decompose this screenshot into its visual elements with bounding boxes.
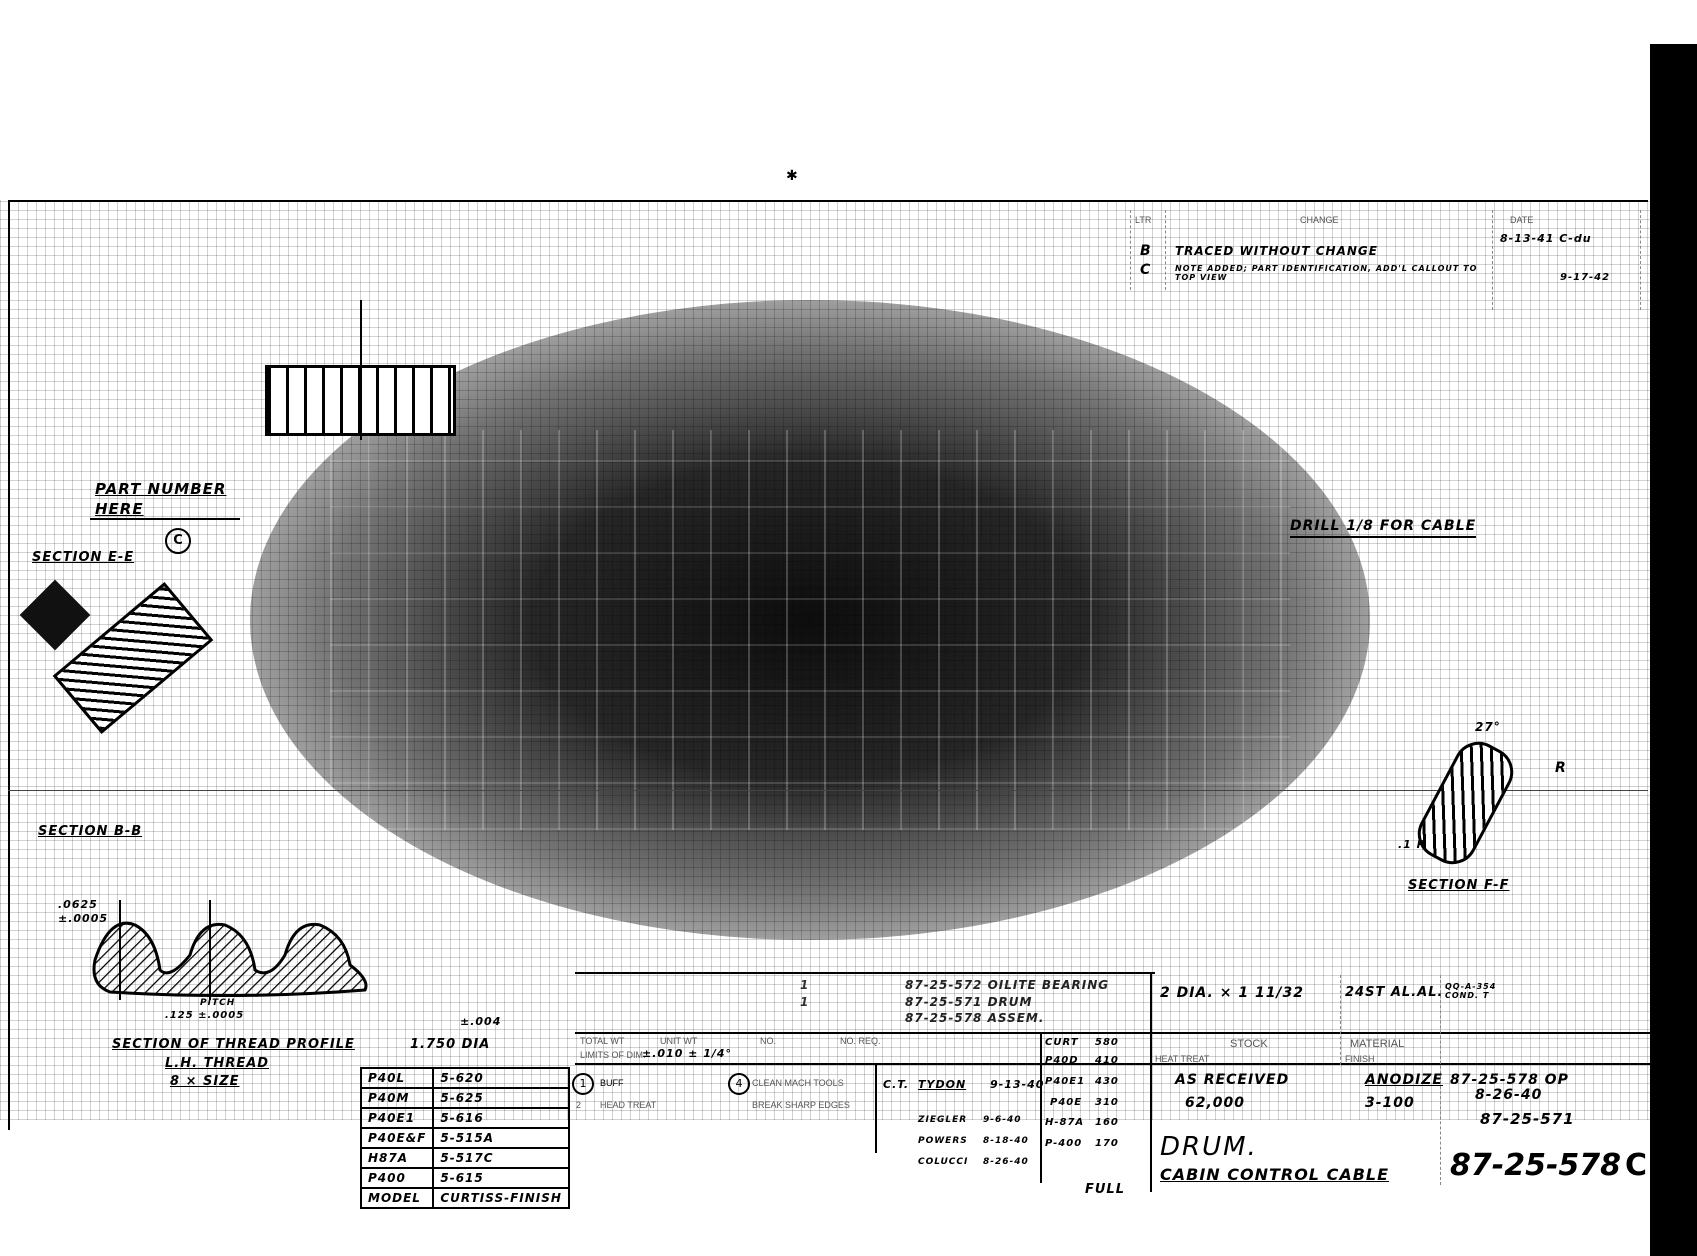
stock-size: 2 DIA. × 1 11/32 xyxy=(1160,985,1304,1001)
rev-b-letter: B xyxy=(1140,243,1152,259)
part-number-label-2: HERE xyxy=(95,500,144,518)
mid-grid-line xyxy=(8,790,1648,791)
finish-value: ANODIZE xyxy=(1365,1072,1443,1088)
table-row: MODELCURTISS-FINISH xyxy=(361,1188,569,1208)
rev-c-change: NOTE ADDED; PART IDENTIFICATION, ADD'L C… xyxy=(1175,264,1485,282)
section-ff-angle: 27° xyxy=(1475,720,1501,734)
dim-pitch-label: PITCH xyxy=(200,998,235,1008)
thread-profile-sub1: L.H. THREAD xyxy=(165,1056,269,1071)
section-ee-label: SECTION E-E xyxy=(32,550,134,565)
section-ff-radius: R xyxy=(1555,760,1567,776)
scan-mark: ✱ xyxy=(786,168,799,184)
signature-date: 8-26-40 xyxy=(983,1157,1029,1167)
section-ff-radius-2: .1 R xyxy=(1398,838,1426,851)
parts-list-item: 87-25-571 DRUM xyxy=(905,995,1032,1009)
sheet-top-border xyxy=(8,200,1648,202)
dim-dia: 1.750 DIA xyxy=(410,1037,490,1052)
table-row: P40M5-625 xyxy=(361,1088,569,1108)
table-row: P40E15-616 xyxy=(361,1108,569,1128)
heat-treat-value: AS RECEIVED xyxy=(1175,1072,1289,1088)
table-row: P40L5-620 xyxy=(361,1068,569,1088)
center-line xyxy=(360,300,362,440)
table-row: P40E&F5-515A xyxy=(361,1128,569,1148)
tensile-strength: 62,000 xyxy=(1185,1095,1245,1111)
signature-name: TYDON xyxy=(918,1078,966,1091)
model-table: P40L5-620 P40M5-625 P40E15-616 P40E&F5-5… xyxy=(360,1067,570,1209)
rev-header-change: CHANGE xyxy=(1300,215,1339,225)
parts-list-item: 87-25-572 OILITE BEARING xyxy=(905,978,1109,992)
heat-treat-label: HEAT TREAT xyxy=(1155,1054,1209,1064)
signature-name: POWERS xyxy=(918,1136,968,1146)
table-row: H87A5-517C xyxy=(361,1148,569,1168)
drawing-revision: C xyxy=(1625,1148,1647,1183)
section-ff-label: SECTION F-F xyxy=(1408,878,1509,893)
rev-c-letter: C xyxy=(1140,262,1151,278)
material-value: 24ST AL.AL. xyxy=(1345,985,1443,1000)
material-label: MATERIAL xyxy=(1350,1038,1404,1050)
finish-spec: 3-100 xyxy=(1365,1095,1415,1111)
signature-date: 9-6-40 xyxy=(983,1115,1022,1125)
limits-value: ±.010 ± 1/4° xyxy=(642,1047,732,1060)
used-on-date: 8-26-40 xyxy=(1475,1087,1542,1103)
rev-b-date: 8-13-41 C-du xyxy=(1500,232,1592,245)
drum-drawing-detail xyxy=(330,430,1290,830)
drawing-subtitle: CABIN CONTROL CABLE xyxy=(1160,1165,1389,1184)
signature-name: COLUCCI xyxy=(918,1157,968,1167)
thread-profile-title: SECTION OF THREAD PROFILE xyxy=(112,1037,355,1052)
sheet-left-border xyxy=(8,200,10,1130)
scan-edge xyxy=(1650,44,1697,1256)
part-number-label: PART NUMBER xyxy=(95,480,226,498)
section-bb-label: SECTION B-B xyxy=(38,824,142,839)
part-number-marker: C xyxy=(165,528,191,554)
signature-date: 9-13-40 xyxy=(990,1078,1044,1091)
signature-name: ZIEGLER xyxy=(918,1115,967,1125)
limits-label: LIMITS OF DIM. xyxy=(580,1050,646,1060)
drill-cable-note: DRILL 1/8 FOR CABLE xyxy=(1290,518,1476,538)
used-on-2: 87-25-571 xyxy=(1480,1110,1575,1128)
used-on-1: 87-25-578 OP xyxy=(1450,1072,1569,1088)
parts-list-item: 87-25-578 ASSEM. xyxy=(905,1011,1044,1025)
rev-b-change: TRACED WITHOUT CHANGE xyxy=(1175,244,1378,258)
drawing-title: DRUM. xyxy=(1160,1132,1258,1162)
finish-label: FINISH xyxy=(1345,1054,1375,1064)
table-row: P4005-615 xyxy=(361,1168,569,1188)
stock-label: STOCK xyxy=(1230,1038,1268,1050)
rev-c-date: 9-17-42 xyxy=(1560,272,1610,283)
thread-profile-drawing xyxy=(90,900,380,1000)
thread-profile-sub2: 8 × SIZE xyxy=(170,1074,240,1089)
rev-header-date: DATE xyxy=(1510,215,1533,225)
dim-pitch: .125 ±.0005 xyxy=(165,1010,244,1021)
dim-dia-tol: ±.004 xyxy=(460,1015,501,1028)
drawing-number: 87-25-578 xyxy=(1450,1148,1621,1183)
signature-date: 8-18-40 xyxy=(983,1136,1029,1146)
material-spec: QQ-A-354 COND. T xyxy=(1445,982,1505,1000)
scale-value: FULL xyxy=(1085,1182,1125,1197)
leader-line xyxy=(90,518,240,520)
rev-header-ltr: LTR xyxy=(1135,215,1151,225)
